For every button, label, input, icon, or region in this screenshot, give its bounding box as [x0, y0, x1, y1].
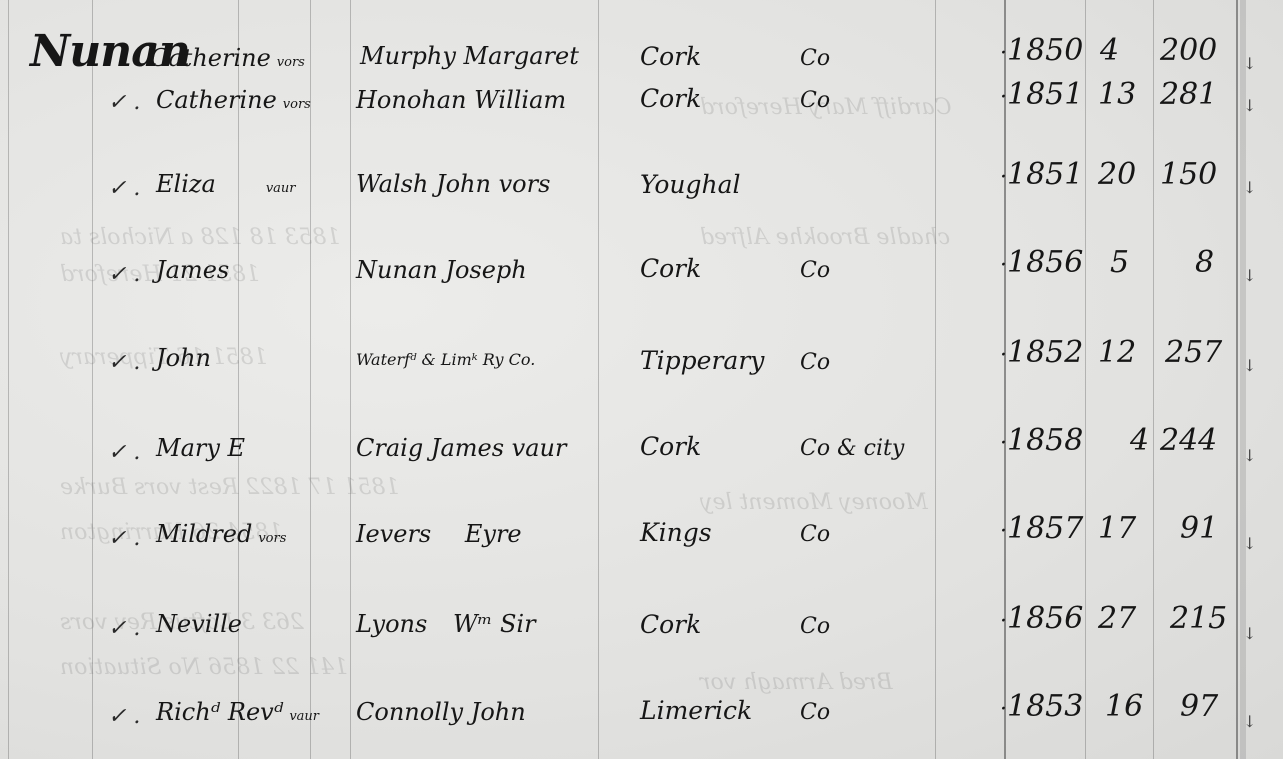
party-name: Connolly John [356, 700, 526, 724]
year: ·1851 [1000, 80, 1083, 110]
volume: 4 [1130, 426, 1149, 456]
county: Cork [640, 612, 701, 637]
tick-mark-icon: ✓ . [108, 706, 140, 728]
volume: 4 [1100, 36, 1119, 66]
year: ·1857 [1000, 514, 1083, 544]
volume: 5 [1110, 248, 1129, 278]
bleed-through-text: Mooney Moment ley [700, 490, 928, 515]
folio: 257 [1165, 338, 1222, 368]
party-name: Walsh John vors [356, 172, 550, 196]
given-name: James [156, 258, 235, 282]
check-mark-icon: ↓ [1243, 56, 1256, 72]
volume: 13 [1098, 80, 1136, 110]
bleed-through-text: 1851 17 1822 Rest vors Burke [60, 475, 399, 500]
ruled-line [1085, 0, 1086, 759]
check-mark-icon: ↓ [1243, 714, 1256, 730]
ruled-line [935, 0, 936, 759]
year: ·1853 [1000, 692, 1083, 722]
folio: 150 [1160, 160, 1217, 190]
year: ·1851 [1000, 160, 1083, 190]
bleed-through-text: 141 22 1856 No Situation [60, 655, 348, 680]
county: Cork [640, 86, 701, 111]
designation: Co [800, 48, 830, 70]
folio: 215 [1170, 604, 1227, 634]
check-mark-icon: ↓ [1243, 180, 1256, 196]
designation: Co [800, 260, 830, 282]
county: Limerick [640, 698, 752, 723]
folio: 8 [1195, 248, 1214, 278]
party-name: Nunan Joseph [356, 258, 527, 282]
year: ·1852 [1000, 338, 1083, 368]
ruled-line [598, 0, 599, 759]
tick-mark-icon: ✓ . [108, 178, 140, 200]
tick-mark-icon: ✓ . [108, 528, 140, 550]
folio: 97 [1180, 692, 1218, 722]
year: ·1858 [1000, 426, 1083, 456]
designation: Co [800, 616, 830, 638]
volume: 17 [1098, 514, 1136, 544]
county: Youghal [640, 172, 741, 197]
relation-abbrev: vaur [266, 181, 296, 196]
folio: 91 [1180, 514, 1218, 544]
tick-mark-icon: ✓ . [108, 442, 140, 464]
bleed-through-text: Bred Armagh vor [700, 670, 893, 695]
designation: Co [800, 90, 830, 112]
county: Cork [640, 44, 701, 69]
county: Tipperary [640, 348, 764, 373]
designation: Co & city [800, 438, 904, 460]
given-name: John [156, 346, 217, 370]
volume: 27 [1098, 604, 1136, 634]
check-mark-icon: ↓ [1243, 98, 1256, 114]
volume: 12 [1098, 338, 1136, 368]
given-name: Elizavaur [156, 172, 296, 196]
party-name: Ievers Eyre [356, 522, 522, 546]
relation-abbrev: vors [283, 97, 311, 112]
volume: 16 [1105, 692, 1143, 722]
folio: 281 [1160, 80, 1217, 110]
year: ·1850 [1000, 36, 1083, 66]
ruled-line [1153, 0, 1154, 759]
party-name: Honohan William [356, 88, 566, 112]
given-name: Mildredvors [156, 522, 286, 546]
county: Cork [640, 256, 701, 281]
bleed-through-text: chadle Brookhe Alfred [700, 225, 950, 250]
tick-mark-icon: ✓ . [108, 264, 140, 286]
check-mark-icon: ↓ [1243, 268, 1256, 284]
county: Kings [640, 520, 712, 545]
year: ·1856 [1000, 248, 1083, 278]
folio: 200 [1160, 36, 1217, 66]
designation: Co [800, 352, 830, 374]
ruled-line [1236, 0, 1238, 759]
party-name: Waterfᵈ & Limᵏ Ry Co. [356, 352, 535, 368]
ruled-line [1004, 0, 1006, 759]
relation-abbrev: vaur [289, 709, 319, 724]
volume: 20 [1098, 160, 1136, 190]
ruled-line [350, 0, 351, 759]
given-name: Richᵈ Revᵈvaur [156, 700, 319, 724]
party-name: Murphy Margaret [360, 44, 579, 68]
given-name: Catherinevors [150, 46, 305, 70]
check-mark-icon: ↓ [1243, 536, 1256, 552]
bleed-through-text: 1853 18 128 a Nichols ta [60, 225, 340, 250]
ledger-page: 1853 18 128 a Nichols ta 1851 21 Herefor… [0, 0, 1283, 759]
year: ·1856 [1000, 604, 1083, 634]
folio: 244 [1160, 426, 1217, 456]
tick-mark-icon: ✓ . [108, 352, 140, 374]
check-mark-icon: ↓ [1243, 626, 1256, 642]
relation-abbrev: vors [277, 55, 305, 70]
party-name: Lyons Wᵐ Sir [356, 612, 536, 636]
ruled-line [8, 0, 9, 759]
ruled-line [310, 0, 311, 759]
tick-mark-icon: ✓ . [108, 92, 140, 114]
county: Cork [640, 434, 701, 459]
relation-abbrev: vors [258, 531, 286, 546]
designation: Co [800, 524, 830, 546]
designation: Co [800, 702, 830, 724]
ruled-line [92, 0, 93, 759]
tick-mark-icon: ✓ . [108, 618, 140, 640]
given-name: Catherinevors [156, 88, 311, 112]
given-name: Mary E [156, 436, 251, 460]
given-name: Neville [156, 612, 248, 636]
check-mark-icon: ↓ [1243, 448, 1256, 464]
party-name: Craig James vaur [356, 436, 566, 460]
check-mark-icon: ↓ [1243, 358, 1256, 374]
